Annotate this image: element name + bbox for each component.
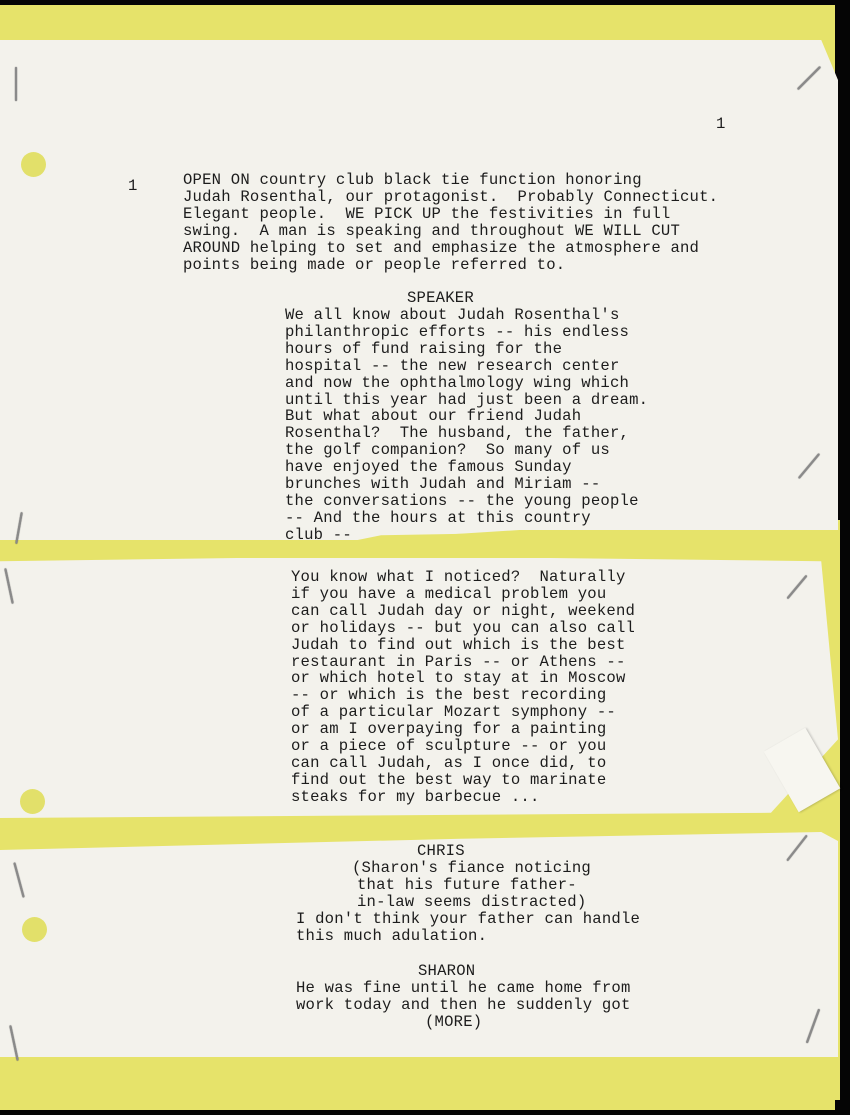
dialogue-line: can call Judah day or night, weekend	[291, 603, 635, 620]
punch-hole	[20, 789, 45, 814]
dialogue-line: restaurant in Paris -- or Athens --	[291, 654, 635, 671]
speaker-dialogue: We all know about Judah Rosenthal's phil…	[285, 307, 648, 544]
dialogue-line: have enjoyed the famous Sunday	[285, 459, 648, 476]
scene-number: 1	[128, 178, 138, 195]
dialogue-line: or which hotel to stay at in Moscow	[291, 670, 635, 687]
dialogue-line: or am I overpaying for a painting	[291, 721, 635, 738]
dialogue-line: hours of fund raising for the	[285, 341, 648, 358]
dialogue-line: steaks for my barbecue ...	[291, 789, 635, 806]
action-line: Judah Rosenthal, our protagonist. Probab…	[183, 189, 718, 206]
dialogue-line: until this year had just been a dream.	[285, 392, 648, 409]
dialogue-line: hospital -- the new research center	[285, 358, 648, 375]
dialogue-line: philanthropic efforts -- his endless	[285, 324, 648, 341]
dialogue-line: -- And the hours at this country	[285, 510, 648, 527]
dialogue-line: I don't think your father can handle	[296, 911, 640, 928]
chris-parenthetical: (Sharon's fiance noticing that his futur…	[352, 860, 591, 911]
dialogue-line: this much adulation.	[296, 928, 640, 945]
torn-edge-yellow-strip	[0, 548, 838, 558]
dialogue-line: the conversations -- the young people	[285, 493, 648, 510]
dialogue-line: the golf companion? So many of us	[285, 442, 648, 459]
dialogue-line: brunches with Judah and Miriam --	[285, 476, 648, 493]
parenthetical-line: that his future father-	[357, 877, 596, 894]
dialogue-line: You know what I noticed? Naturally	[291, 569, 635, 586]
pasted-dialogue: You know what I noticed? Naturally if yo…	[291, 569, 635, 806]
action-line: points being made or people referred to.	[183, 257, 718, 274]
dialogue-line: work today and then he suddenly got	[296, 997, 631, 1014]
action-line: OPEN ON country club black tie function …	[183, 172, 718, 189]
punch-hole	[22, 917, 47, 942]
staple	[15, 67, 17, 101]
dialogue-line: find out the best way to marinate	[291, 772, 635, 789]
action-line: swing. A man is speaking and throughout …	[183, 223, 718, 240]
dialogue-line: -- or which is the best recording	[291, 687, 635, 704]
dialogue-line: But what about our friend Judah	[285, 408, 648, 425]
dialogue-line: or holidays -- but you can also call	[291, 620, 635, 637]
dialogue-line: and now the ophthalmology wing which	[285, 375, 648, 392]
scene-action: OPEN ON country club black tie function …	[183, 172, 718, 273]
dialogue-line: He was fine until he came home from	[296, 980, 631, 997]
sharon-dialogue: He was fine until he came home from work…	[296, 980, 631, 1014]
character-name-sharon: SHARON	[418, 963, 475, 980]
page-number: 1	[716, 116, 726, 133]
dialogue-line: of a particular Mozart symphony --	[291, 704, 635, 721]
dialogue-line: or a piece of sculpture -- or you	[291, 738, 635, 755]
punch-hole	[21, 152, 46, 177]
dialogue-line: Judah to find out which is the best	[291, 637, 635, 654]
character-name-chris: CHRIS	[417, 843, 465, 860]
dialogue-line: can call Judah, as I once did, to	[291, 755, 635, 772]
more-continuation: (MORE)	[425, 1014, 482, 1031]
dialogue-line: We all know about Judah Rosenthal's	[285, 307, 648, 324]
parenthetical-line: in-law seems distracted)	[357, 894, 596, 911]
parenthetical-line: (Sharon's fiance noticing	[352, 860, 591, 877]
chris-dialogue: I don't think your father can handle thi…	[296, 911, 640, 945]
action-line: AROUND helping to set and emphasize the …	[183, 240, 718, 257]
action-line: Elegant people. WE PICK UP the festiviti…	[183, 206, 718, 223]
dialogue-line: Rosenthal? The husband, the father,	[285, 425, 648, 442]
dialogue-line: if you have a medical problem you	[291, 586, 635, 603]
character-name-speaker: SPEAKER	[407, 290, 474, 307]
